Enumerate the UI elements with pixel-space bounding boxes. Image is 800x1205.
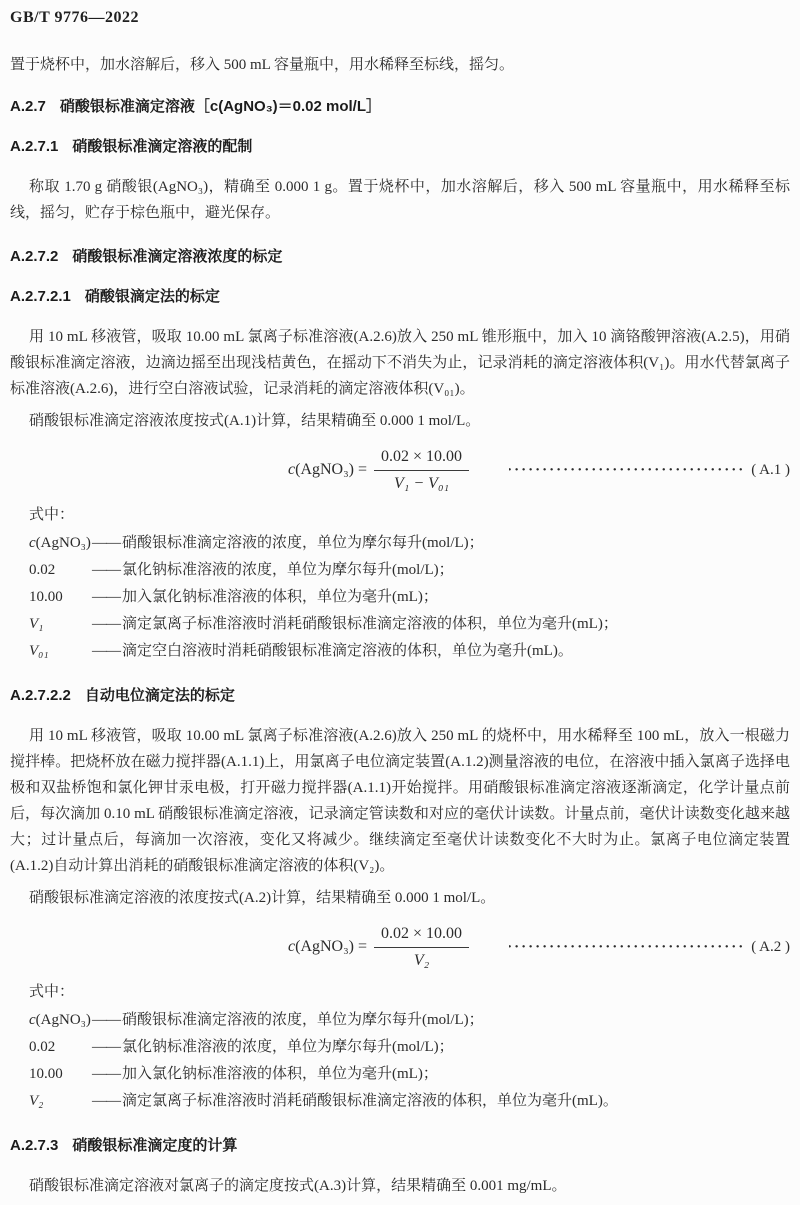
section-heading-a2.7.3: A.2.7.3 硝酸银标准滴定度的计算	[10, 1135, 790, 1157]
definition-term: c(AgNO₃)	[29, 530, 92, 557]
definition-term: 10.00	[29, 584, 92, 611]
heading-title: 硝酸银标准滴定度的计算	[72, 1135, 237, 1157]
definition-term: 0.02	[29, 1034, 92, 1061]
formula-a2-equation: c(AgNO₃) = 0.02 × 10.00 V₂	[288, 923, 469, 972]
definition-row: 10.00 —— 加入氯化钠标准溶液的体积，单位为毫升(mL)；	[29, 584, 790, 611]
formula-a2: c(AgNO₃) = 0.02 × 10.00 V₂ ·············…	[10, 919, 790, 975]
formula-a2-definitions: c(AgNO₃) —— 硝酸银标准滴定溶液的浓度，单位为摩尔每升(mol/L)；…	[10, 1007, 790, 1115]
formula-a1: c(AgNO₃) = 0.02 × 10.00 V₁ − V₀₁ ·······…	[10, 442, 790, 498]
definition-dash: ——	[92, 1007, 120, 1034]
definition-row: 0.02 —— 氯化钠标准溶液的浓度，单位为摩尔每升(mol/L)；	[29, 1034, 790, 1061]
fraction-denominator: V₂	[374, 948, 469, 972]
heading-number: A.2.7.2	[10, 246, 58, 268]
formula-lhs: (AgNO₃) =	[295, 934, 367, 960]
definition-row: c(AgNO₃) —— 硝酸银标准滴定溶液的浓度，单位为摩尔每升(mol/L)；	[29, 530, 790, 557]
fraction-numerator: 0.02 × 10.00	[374, 923, 469, 948]
definition-row: V₂ —— 滴定氯离子标准溶液时消耗硝酸银标准滴定溶液的体积，单位为毫升(mL)…	[29, 1088, 790, 1115]
formula-legend-intro: 式中：	[29, 502, 790, 528]
standard-number: GB/T 9776—2022	[10, 8, 790, 28]
heading-number: A.2.7.3	[10, 1135, 58, 1157]
definition-term: V₁	[29, 611, 92, 638]
heading-number: A.2.7.1	[10, 136, 58, 158]
definition-dash: ——	[92, 1088, 120, 1115]
definition-dash: ——	[92, 530, 120, 557]
definition-row: 0.02 —— 氯化钠标准溶液的浓度，单位为摩尔每升(mol/L)；	[29, 557, 790, 584]
document-page: GB/T 9776—2022 置于烧杯中，加水溶解后，移入 500 mL 容量瓶…	[0, 0, 800, 1205]
fraction: 0.02 × 10.00 V₁ − V₀₁	[374, 446, 469, 495]
definition-description: 硝酸银标准滴定溶液的浓度，单位为摩尔每升(mol/L)；	[122, 1007, 484, 1034]
fraction-denominator: V₁ − V₀₁	[374, 471, 469, 495]
body-paragraph-formula-a1-intro: 硝酸银标准滴定溶液浓度按式(A.1)计算，结果精确至 0.000 1 mol/L…	[10, 408, 790, 434]
definition-dash: ——	[92, 638, 120, 665]
body-paragraph-titer-calculation: 硝酸银标准滴定溶液对氯离子的滴定度按式(A.3)计算，结果精确至 0.001 m…	[10, 1173, 790, 1199]
definition-term: 10.00	[29, 1061, 92, 1088]
definition-row: c(AgNO₃) —— 硝酸银标准滴定溶液的浓度，单位为摩尔每升(mol/L)；	[29, 1007, 790, 1034]
formula-a2-label: ( A.2 )	[751, 934, 790, 960]
body-paragraph-potentiometric-method: 用 10 mL 移液管，吸取 10.00 mL 氯离子标准溶液(A.2.6)放入…	[10, 723, 790, 879]
section-heading-a2.7: A.2.7 硝酸银标准滴定溶液［c(AgNO₃)＝0.02 mol/L］	[10, 96, 790, 118]
heading-title: 硝酸银标准滴定溶液［c(AgNO₃)＝0.02 mol/L］	[60, 96, 381, 118]
definition-term: 0.02	[29, 557, 92, 584]
formula-variable-c: c	[288, 457, 295, 483]
formula-legend-intro: 式中：	[29, 979, 790, 1005]
heading-title: 硝酸银标准滴定溶液浓度的标定	[72, 246, 282, 268]
definition-term: c(AgNO₃)	[29, 1007, 92, 1034]
definition-dash: ——	[92, 557, 120, 584]
dotted-leader: ········································…	[509, 934, 745, 960]
definition-description: 氯化钠标准溶液的浓度，单位为摩尔每升(mol/L)；	[122, 1034, 454, 1061]
section-heading-a2.7.2.2: A.2.7.2.2 自动电位滴定法的标定	[10, 685, 790, 707]
definition-description: 加入氯化钠标准溶液的体积，单位为毫升(mL)；	[122, 1061, 438, 1088]
body-paragraph-formula-a2-intro: 硝酸银标准滴定溶液的浓度按式(A.2)计算，结果精确至 0.000 1 mol/…	[10, 885, 790, 911]
formula-a1-equation: c(AgNO₃) = 0.02 × 10.00 V₁ − V₀₁	[288, 446, 469, 495]
heading-title: 自动电位滴定法的标定	[85, 685, 235, 707]
section-heading-a2.7.1: A.2.7.1 硝酸银标准滴定溶液的配制	[10, 136, 790, 158]
section-heading-a2.7.2.1: A.2.7.2.1 硝酸银滴定法的标定	[10, 286, 790, 308]
body-paragraph-titration-method: 用 10 mL 移液管，吸取 10.00 mL 氯离子标准溶液(A.2.6)放入…	[10, 324, 790, 402]
definition-dash: ——	[92, 1061, 120, 1088]
continuation-paragraph: 置于烧杯中，加水溶解后，移入 500 mL 容量瓶中，用水稀释至标线，摇匀。	[10, 52, 790, 78]
definition-row: V₀₁ —— 滴定空白溶液时消耗硝酸银标准滴定溶液的体积，单位为毫升(mL)。	[29, 638, 790, 665]
fraction-numerator: 0.02 × 10.00	[374, 446, 469, 471]
definition-description: 硝酸银标准滴定溶液的浓度，单位为摩尔每升(mol/L)；	[122, 530, 484, 557]
heading-number: A.2.7	[10, 96, 46, 118]
body-paragraph-preparation: 称取 1.70 g 硝酸银(AgNO₃)，精确至 0.000 1 g。置于烧杯中…	[10, 174, 790, 226]
definition-description: 滴定氯离子标准溶液时消耗硝酸银标准滴定溶液的体积，单位为毫升(mL)；	[122, 611, 618, 638]
heading-number: A.2.7.2.2	[10, 685, 71, 707]
definition-dash: ——	[92, 611, 120, 638]
definition-term: V₂	[29, 1088, 92, 1115]
definition-row: V₁ —— 滴定氯离子标准溶液时消耗硝酸银标准滴定溶液的体积，单位为毫升(mL)…	[29, 611, 790, 638]
definition-term: V₀₁	[29, 638, 92, 665]
definition-dash: ——	[92, 1034, 120, 1061]
definition-row: 10.00 —— 加入氯化钠标准溶液的体积，单位为毫升(mL)；	[29, 1061, 790, 1088]
section-heading-a2.7.2: A.2.7.2 硝酸银标准滴定溶液浓度的标定	[10, 246, 790, 268]
formula-a1-definitions: c(AgNO₃) —— 硝酸银标准滴定溶液的浓度，单位为摩尔每升(mol/L)；…	[10, 530, 790, 665]
formula-lhs: (AgNO₃) =	[295, 457, 367, 483]
heading-title: 硝酸银滴定法的标定	[85, 286, 220, 308]
definition-description: 加入氯化钠标准溶液的体积，单位为毫升(mL)；	[122, 584, 438, 611]
definition-dash: ——	[92, 584, 120, 611]
heading-number: A.2.7.2.1	[10, 286, 71, 308]
heading-title: 硝酸银标准滴定溶液的配制	[72, 136, 252, 158]
formula-a1-label: ( A.1 )	[751, 457, 790, 483]
dotted-leader: ········································…	[509, 457, 745, 483]
definition-description: 滴定空白溶液时消耗硝酸银标准滴定溶液的体积，单位为毫升(mL)。	[122, 638, 573, 665]
formula-variable-c: c	[288, 934, 295, 960]
definition-description: 滴定氯离子标准溶液时消耗硝酸银标准滴定溶液的体积，单位为毫升(mL)。	[122, 1088, 618, 1115]
definition-description: 氯化钠标准溶液的浓度，单位为摩尔每升(mol/L)；	[122, 557, 454, 584]
fraction: 0.02 × 10.00 V₂	[374, 923, 469, 972]
